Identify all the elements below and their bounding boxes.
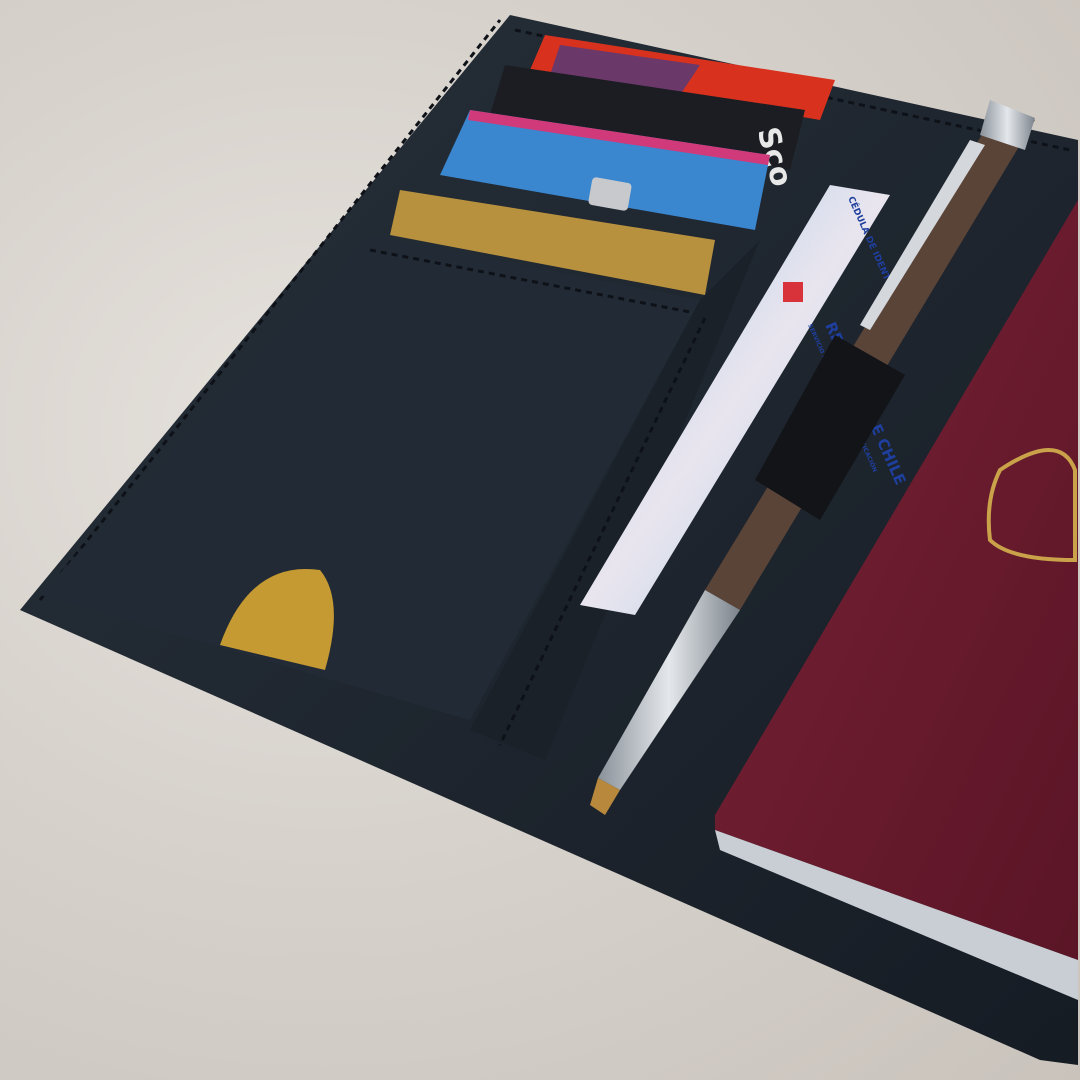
photo-scene: Sco REPÚBLICA DE CHILE CÉDULA DE IDENTID… [0,0,1080,1080]
wallet-illustration: Sco REPÚBLICA DE CHILE CÉDULA DE IDENTID… [0,0,1080,1080]
